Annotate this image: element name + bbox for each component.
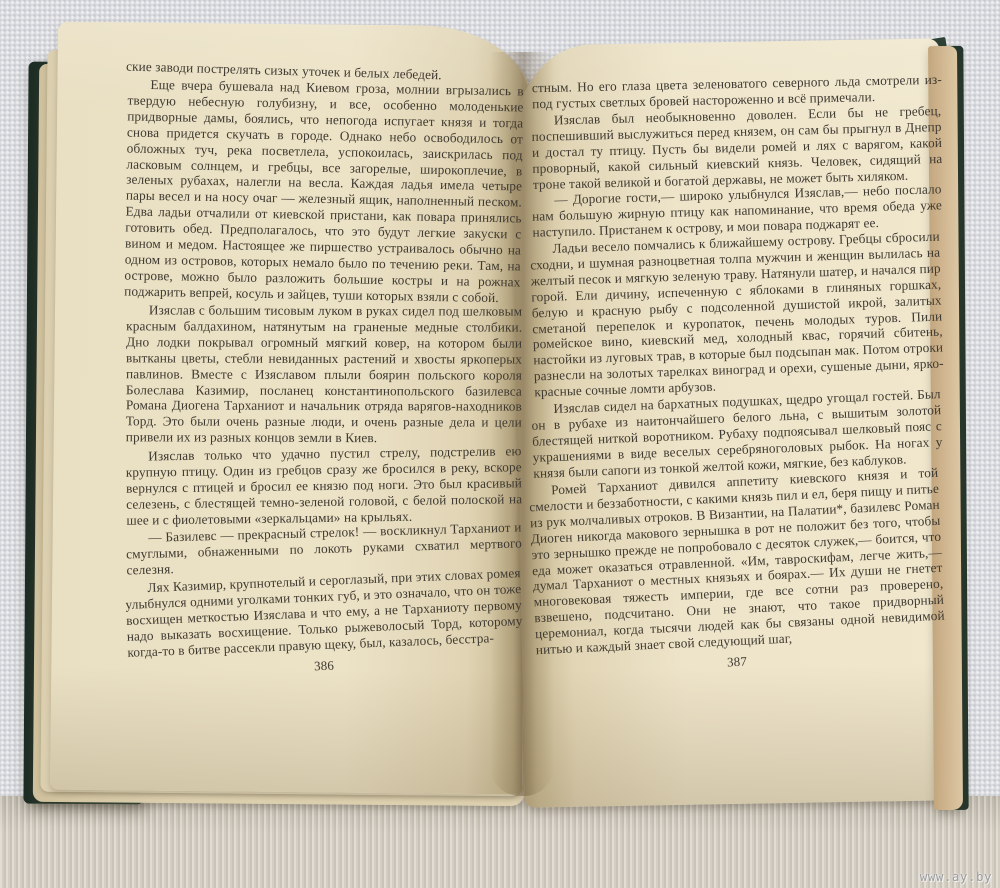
paragraph: Изяслав был необыкновенно доволен. Если …	[531, 103, 943, 193]
ribbed-fabric-bottom	[0, 796, 1000, 888]
left-page-text: ские заводи пострелять сизых уточек и бе…	[126, 64, 522, 673]
paragraph: Еще вчера бушевала над Киевом гроза, мол…	[124, 76, 524, 306]
paragraph: Ладьи весело помчались к ближайшему остр…	[530, 229, 945, 401]
paragraph: Лях Казимир, крупнотелый и сероглазый, п…	[125, 565, 524, 660]
photo-of-open-book: { "book": { "left_page": { "paragraphs":…	[0, 0, 1000, 888]
right-page-text: стным. Но его глаза цвета зеленоватого с…	[532, 76, 942, 670]
paragraph: Изяслав только что удачно пустил стрелу,…	[125, 443, 522, 528]
watermark: www.ay.by	[920, 869, 992, 884]
paragraph: Ромей Тарханиот дивился аппетиту киевско…	[528, 464, 946, 657]
paragraph: Изяслав с большим тисовым луком в руках …	[126, 302, 522, 447]
